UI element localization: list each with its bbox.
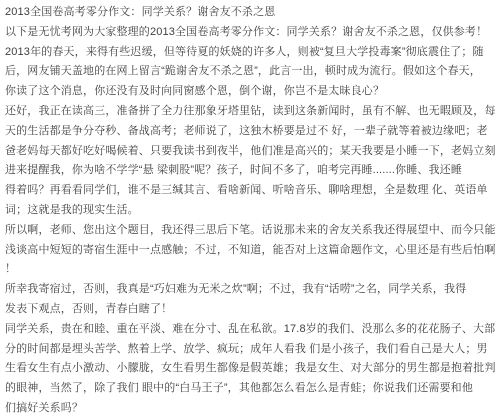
text-line: 词；这就是我的现实生活。 xyxy=(5,201,497,221)
text-line: 发表下观点，否则，青春白瞎了！ xyxy=(5,300,497,320)
text-line: 生看女生有点小激动、小朦胧，女生看男生都像是假英雄；我是女生、对大部分的男生都是… xyxy=(5,359,497,379)
text-line: 的眼神，当然了，除了我们 眼中的“白马王子”，其他都怎么看怎么是青蛙；你说我们还… xyxy=(5,379,497,399)
essay-source-line: 以下是无忧考网为大家整理的2013全国卷高考零分作文：同学关系？谢舍友不杀之恩，… xyxy=(5,23,497,43)
text-line: 们搞好关系吗？ xyxy=(5,399,497,419)
text-line: 后，网友铺天盖地的在网上留言“跪谢舍友不杀之恩”，此言一出，顿时成为流行。假如这… xyxy=(5,62,497,82)
text-line: 同学关系，贵在和睦、重在平淡、难在分寸、乱在私欲。17.8岁的我们、没那么多的花… xyxy=(5,320,497,340)
text-line: 所幸我寄宿过，否则，我真是“巧妇难为无米之炊”啊；不过，我有“话唠”之名，同学关… xyxy=(5,280,497,300)
essay-page: 2013全国卷高考零分作文：同学关系？谢舍友不杀之恩 以下是无忧考网为大家整理的… xyxy=(0,0,500,419)
text-line: 进来提醒我，你为啥不学学“悬 梁刺股”呢？孩子，时间不多了，咱考完再睡.....… xyxy=(5,161,497,181)
text-line: 2013年的春天，来得有些迟缓，但等待夏的妖娆的许多人，则被“复旦大学投毒案”彻… xyxy=(5,43,497,63)
text-line: 所以啊，老师、您出这个题目，我还得三思后下笔。话说那未来的舍友关系我还得展望中、… xyxy=(5,221,497,241)
text-line: 得着吗？再看看同学们，谁不是三缄其言、看啥新闻、听啥音乐、聊啥理想，全是数理 化… xyxy=(5,181,497,201)
text-line: 爸老妈每天都好吃好喝候着、只要我读书到夜半，他们准是高兴的；某天我要是小睡一下，… xyxy=(5,142,497,162)
text-line: 你读了这个消息，你还没有及时向同窗感个恩，倒个谢，你岂不是太昧良心？ xyxy=(5,82,497,102)
text-line: 天的生活都是争分夺秒、备战高考；老师说了，这独木桥要是过不 好，一辈子就等着被边… xyxy=(5,122,497,142)
text-line: 还好，我正在读高三，准备拼了全力往那象牙塔里钻，读到这条新闻时，虽有不解、也无暇… xyxy=(5,102,497,122)
text-line: 分的时间都是埋头苦学、熬着上学、放学、疯玩；成年人看我 们是小孩子，我们看自己是… xyxy=(5,340,497,360)
essay-title: 2013全国卷高考零分作文：同学关系？谢舍友不杀之恩 xyxy=(5,3,497,23)
text-line: 浅谈高中短短的寄宿生涯中一点感触；不过，不知道，能否对上这篇命题作文，心里还是有… xyxy=(5,241,497,261)
text-line: ！ xyxy=(5,260,497,280)
